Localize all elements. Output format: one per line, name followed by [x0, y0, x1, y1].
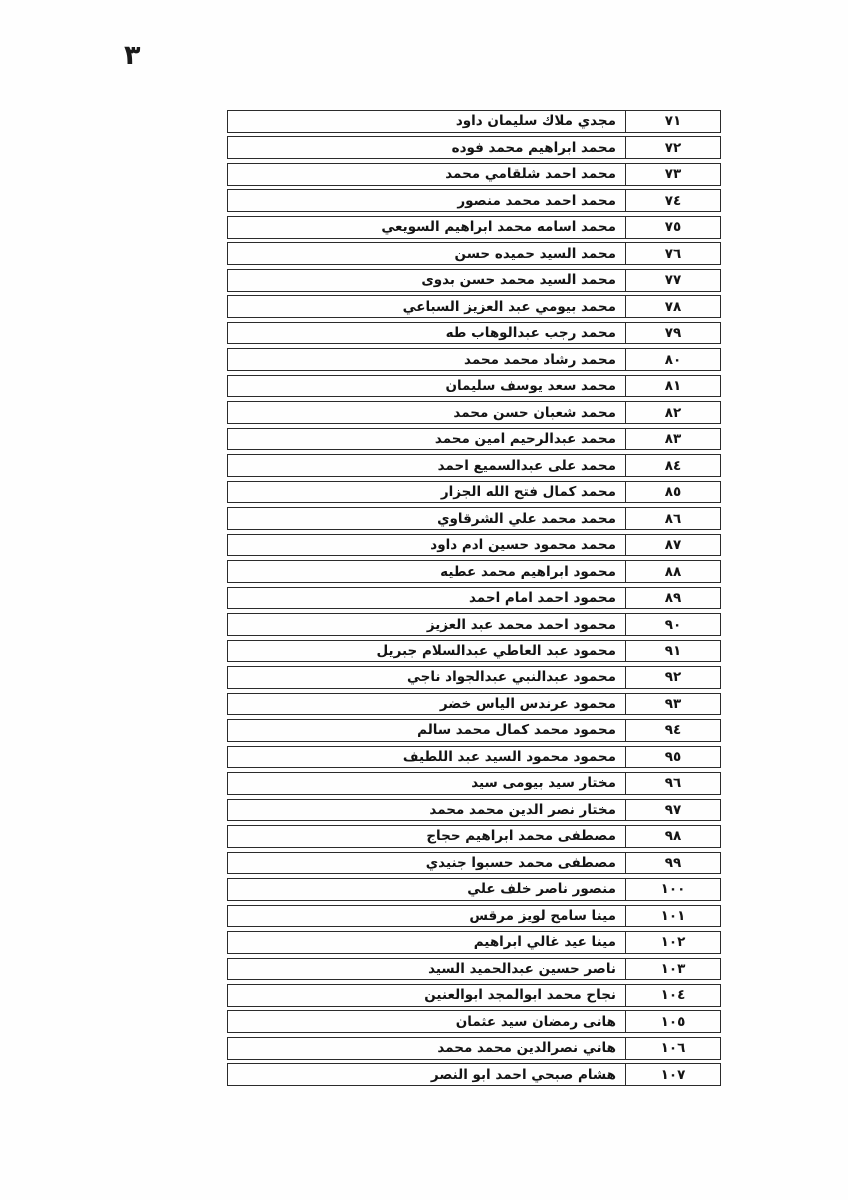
name-cell: مينا سامح لويز مرقس — [228, 906, 625, 927]
table-row: مصطفى محمد ابراهيم حجاج ٩٨ — [227, 825, 721, 848]
number-cell: ٩١ — [625, 641, 720, 662]
names-table: مجدي ملاك سليمان داود ٧١ محمد ابراهيم مح… — [227, 110, 721, 1086]
name-cell: محمد كمال فتح الله الجزار — [228, 482, 625, 503]
name-cell: هانى رمضان سيد عثمان — [228, 1011, 625, 1032]
number-cell: ٩٠ — [625, 614, 720, 635]
number-cell: ٩٦ — [625, 773, 720, 794]
table-row: محمد اسامه محمد ابراهيم السويعي ٧٥ — [227, 216, 721, 239]
name-cell: محمد على عبدالسميع احمد — [228, 455, 625, 476]
number-cell: ٨٣ — [625, 429, 720, 450]
name-cell: محمد شعبان حسن محمد — [228, 402, 625, 423]
number-cell: ٩٤ — [625, 720, 720, 741]
table-row: هشام صبحي احمد ابو النصر ١٠٧ — [227, 1063, 721, 1086]
table-row: محمد شعبان حسن محمد ٨٢ — [227, 401, 721, 424]
name-cell: محمد رشاد محمد محمد — [228, 349, 625, 370]
name-cell: مختار نصر الدين محمد محمد — [228, 800, 625, 821]
name-cell: مصطفى محمد ابراهيم حجاج — [228, 826, 625, 847]
table-row: محمد رشاد محمد محمد ٨٠ — [227, 348, 721, 371]
table-row: محمد السيد محمد حسن بدوى ٧٧ — [227, 269, 721, 292]
number-cell: ٧٩ — [625, 323, 720, 344]
table-row: مختار سيد بيومى سيد ٩٦ — [227, 772, 721, 795]
table-row: محمد محمود حسين ادم داود ٨٧ — [227, 534, 721, 557]
name-cell: محمد محمود حسين ادم داود — [228, 535, 625, 556]
number-cell: ٩٢ — [625, 667, 720, 688]
number-cell: ٧٤ — [625, 190, 720, 211]
number-cell: ٩٩ — [625, 853, 720, 874]
number-cell: ٧٨ — [625, 296, 720, 317]
name-cell: محمد احمد محمد منصور — [228, 190, 625, 211]
number-cell: ٨٦ — [625, 508, 720, 529]
name-cell: مصطفى محمد حسبوا جنيدي — [228, 853, 625, 874]
name-cell: محمد احمد شلقامي محمد — [228, 164, 625, 185]
name-cell: محمود عبد العاطي عبدالسلام جبريل — [228, 641, 625, 662]
name-cell: هاني نصرالدين محمد محمد — [228, 1038, 625, 1059]
table-row: مصطفى محمد حسبوا جنيدي ٩٩ — [227, 852, 721, 875]
number-cell: ٧٦ — [625, 243, 720, 264]
table-row: محمد احمد محمد منصور ٧٤ — [227, 189, 721, 212]
table-row: مختار نصر الدين محمد محمد ٩٧ — [227, 799, 721, 822]
name-cell: محمد ابراهيم محمد فوده — [228, 137, 625, 158]
name-cell: مختار سيد بيومى سيد — [228, 773, 625, 794]
name-cell: محمود محمد كمال محمد سالم — [228, 720, 625, 741]
number-cell: ٩٧ — [625, 800, 720, 821]
number-cell: ٨٠ — [625, 349, 720, 370]
table-row: محمد كمال فتح الله الجزار ٨٥ — [227, 481, 721, 504]
name-cell: محمد السيد محمد حسن بدوى — [228, 270, 625, 291]
number-cell: ٧١ — [625, 111, 720, 132]
table-row: محمد سعد يوسف سليمان ٨١ — [227, 375, 721, 398]
number-cell: ٨٨ — [625, 561, 720, 582]
number-cell: ٩٥ — [625, 747, 720, 768]
name-cell: محمد عبدالرحيم امين محمد — [228, 429, 625, 450]
table-row: مجدي ملاك سليمان داود ٧١ — [227, 110, 721, 133]
number-cell: ٧٧ — [625, 270, 720, 291]
name-cell: محمد محمد علي الشرقاوي — [228, 508, 625, 529]
number-cell: ١٠٢ — [625, 932, 720, 953]
name-cell: محمد سعد يوسف سليمان — [228, 376, 625, 397]
table-row: محمد عبدالرحيم امين محمد ٨٣ — [227, 428, 721, 451]
table-row: محمود عبدالنبي عبدالجواد ناجي ٩٢ — [227, 666, 721, 689]
table-row: هانى رمضان سيد عثمان ١٠٥ — [227, 1010, 721, 1033]
name-cell: ناصر حسين عبدالحميد السيد — [228, 959, 625, 980]
number-cell: ١٠١ — [625, 906, 720, 927]
table-row: محمود عرندس الياس خضر ٩٣ — [227, 693, 721, 716]
table-row: محمود احمد امام احمد ٨٩ — [227, 587, 721, 610]
number-cell: ١٠٣ — [625, 959, 720, 980]
table-row: مينا عيد غالي ابراهيم ١٠٢ — [227, 931, 721, 954]
table-row: نجاح محمد ابوالمجد ابوالعنين ١٠٤ — [227, 984, 721, 1007]
number-cell: ٨٤ — [625, 455, 720, 476]
number-cell: ٧٣ — [625, 164, 720, 185]
name-cell: مينا عيد غالي ابراهيم — [228, 932, 625, 953]
table-row: محمد احمد شلقامي محمد ٧٣ — [227, 163, 721, 186]
table-row: محمود محمد كمال محمد سالم ٩٤ — [227, 719, 721, 742]
table-row: محمد ابراهيم محمد فوده ٧٢ — [227, 136, 721, 159]
table-row: محمد على عبدالسميع احمد ٨٤ — [227, 454, 721, 477]
number-cell: ٨٧ — [625, 535, 720, 556]
number-cell: ٧٢ — [625, 137, 720, 158]
table-row: محمد رجب عبدالوهاب طه ٧٩ — [227, 322, 721, 345]
number-cell: ٩٣ — [625, 694, 720, 715]
name-cell: محمد اسامه محمد ابراهيم السويعي — [228, 217, 625, 238]
name-cell: محمود ابراهيم محمد عطيه — [228, 561, 625, 582]
table-row: محمود ابراهيم محمد عطيه ٨٨ — [227, 560, 721, 583]
name-cell: محمد بيومي عبد العزيز السباعي — [228, 296, 625, 317]
table-row: منصور ناصر خلف علي ١٠٠ — [227, 878, 721, 901]
number-cell: ١٠٦ — [625, 1038, 720, 1059]
name-cell: نجاح محمد ابوالمجد ابوالعنين — [228, 985, 625, 1006]
number-cell: ٨٥ — [625, 482, 720, 503]
table-row: ناصر حسين عبدالحميد السيد ١٠٣ — [227, 958, 721, 981]
name-cell: محمد رجب عبدالوهاب طه — [228, 323, 625, 344]
number-cell: ١٠٠ — [625, 879, 720, 900]
name-cell: محمود احمد امام احمد — [228, 588, 625, 609]
number-cell: ٨١ — [625, 376, 720, 397]
table-row: محمد السيد حميده حسن ٧٦ — [227, 242, 721, 265]
number-cell: ١٠٥ — [625, 1011, 720, 1032]
number-cell: ٧٥ — [625, 217, 720, 238]
table-row: محمود محمود السيد عبد اللطيف ٩٥ — [227, 746, 721, 769]
name-cell: محمود عبدالنبي عبدالجواد ناجي — [228, 667, 625, 688]
number-cell: ١٠٧ — [625, 1064, 720, 1085]
name-cell: منصور ناصر خلف علي — [228, 879, 625, 900]
name-cell: هشام صبحي احمد ابو النصر — [228, 1064, 625, 1085]
table-row: مينا سامح لويز مرقس ١٠١ — [227, 905, 721, 928]
table-row: محمد محمد علي الشرقاوي ٨٦ — [227, 507, 721, 530]
number-cell: ٨٩ — [625, 588, 720, 609]
name-cell: محمد السيد حميده حسن — [228, 243, 625, 264]
document-page: ٣ مجدي ملاك سليمان داود ٧١ محمد ابراهيم … — [0, 0, 848, 1200]
number-cell: ٩٨ — [625, 826, 720, 847]
number-cell: ١٠٤ — [625, 985, 720, 1006]
table-row: محمود احمد محمد عبد العزيز ٩٠ — [227, 613, 721, 636]
name-cell: محمود عرندس الياس خضر — [228, 694, 625, 715]
number-cell: ٨٢ — [625, 402, 720, 423]
name-cell: مجدي ملاك سليمان داود — [228, 111, 625, 132]
table-row: محمد بيومي عبد العزيز السباعي ٧٨ — [227, 295, 721, 318]
page-number: ٣ — [124, 40, 140, 71]
name-cell: محمود محمود السيد عبد اللطيف — [228, 747, 625, 768]
table-row: محمود عبد العاطي عبدالسلام جبريل ٩١ — [227, 640, 721, 663]
table-row: هاني نصرالدين محمد محمد ١٠٦ — [227, 1037, 721, 1060]
name-cell: محمود احمد محمد عبد العزيز — [228, 614, 625, 635]
